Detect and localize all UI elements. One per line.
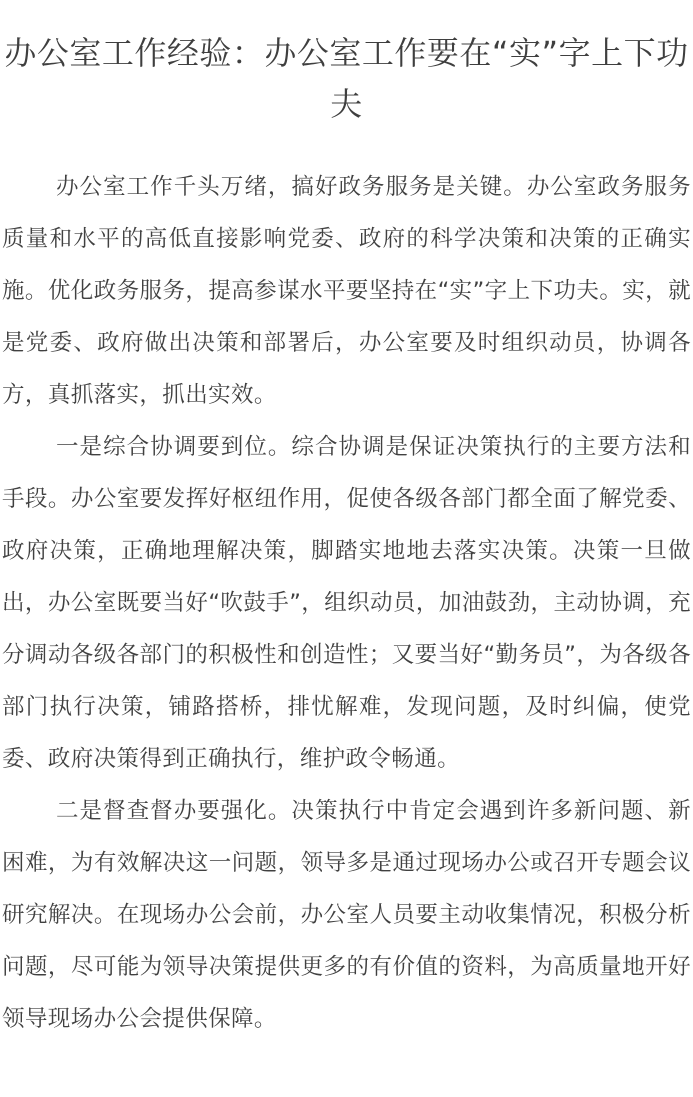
paragraph-intro: 办公室工作千头万绪，搞好政务服务是关键。办公室政务服务质量和水平的高低直接影响党… [2, 161, 691, 421]
article-title: 办公室工作经验：办公室工作要在“实”字上下功夫 [2, 0, 691, 130]
paragraph-coordination: 一是综合协调要到位。综合协调是保证决策执行的主要方法和手段。办公室要发挥好枢纽作… [2, 421, 691, 785]
paragraph-supervision: 二是督查督办要强化。决策执行中肯定会遇到许多新问题、新困难，为有效解决这一问题，… [2, 785, 691, 1045]
article-body: 办公室工作千头万绪，搞好政务服务是关键。办公室政务服务质量和水平的高低直接影响党… [2, 161, 691, 1045]
article: 办公室工作经验：办公室工作要在“实”字上下功夫 办公室工作千头万绪，搞好政务服务… [0, 0, 693, 1045]
